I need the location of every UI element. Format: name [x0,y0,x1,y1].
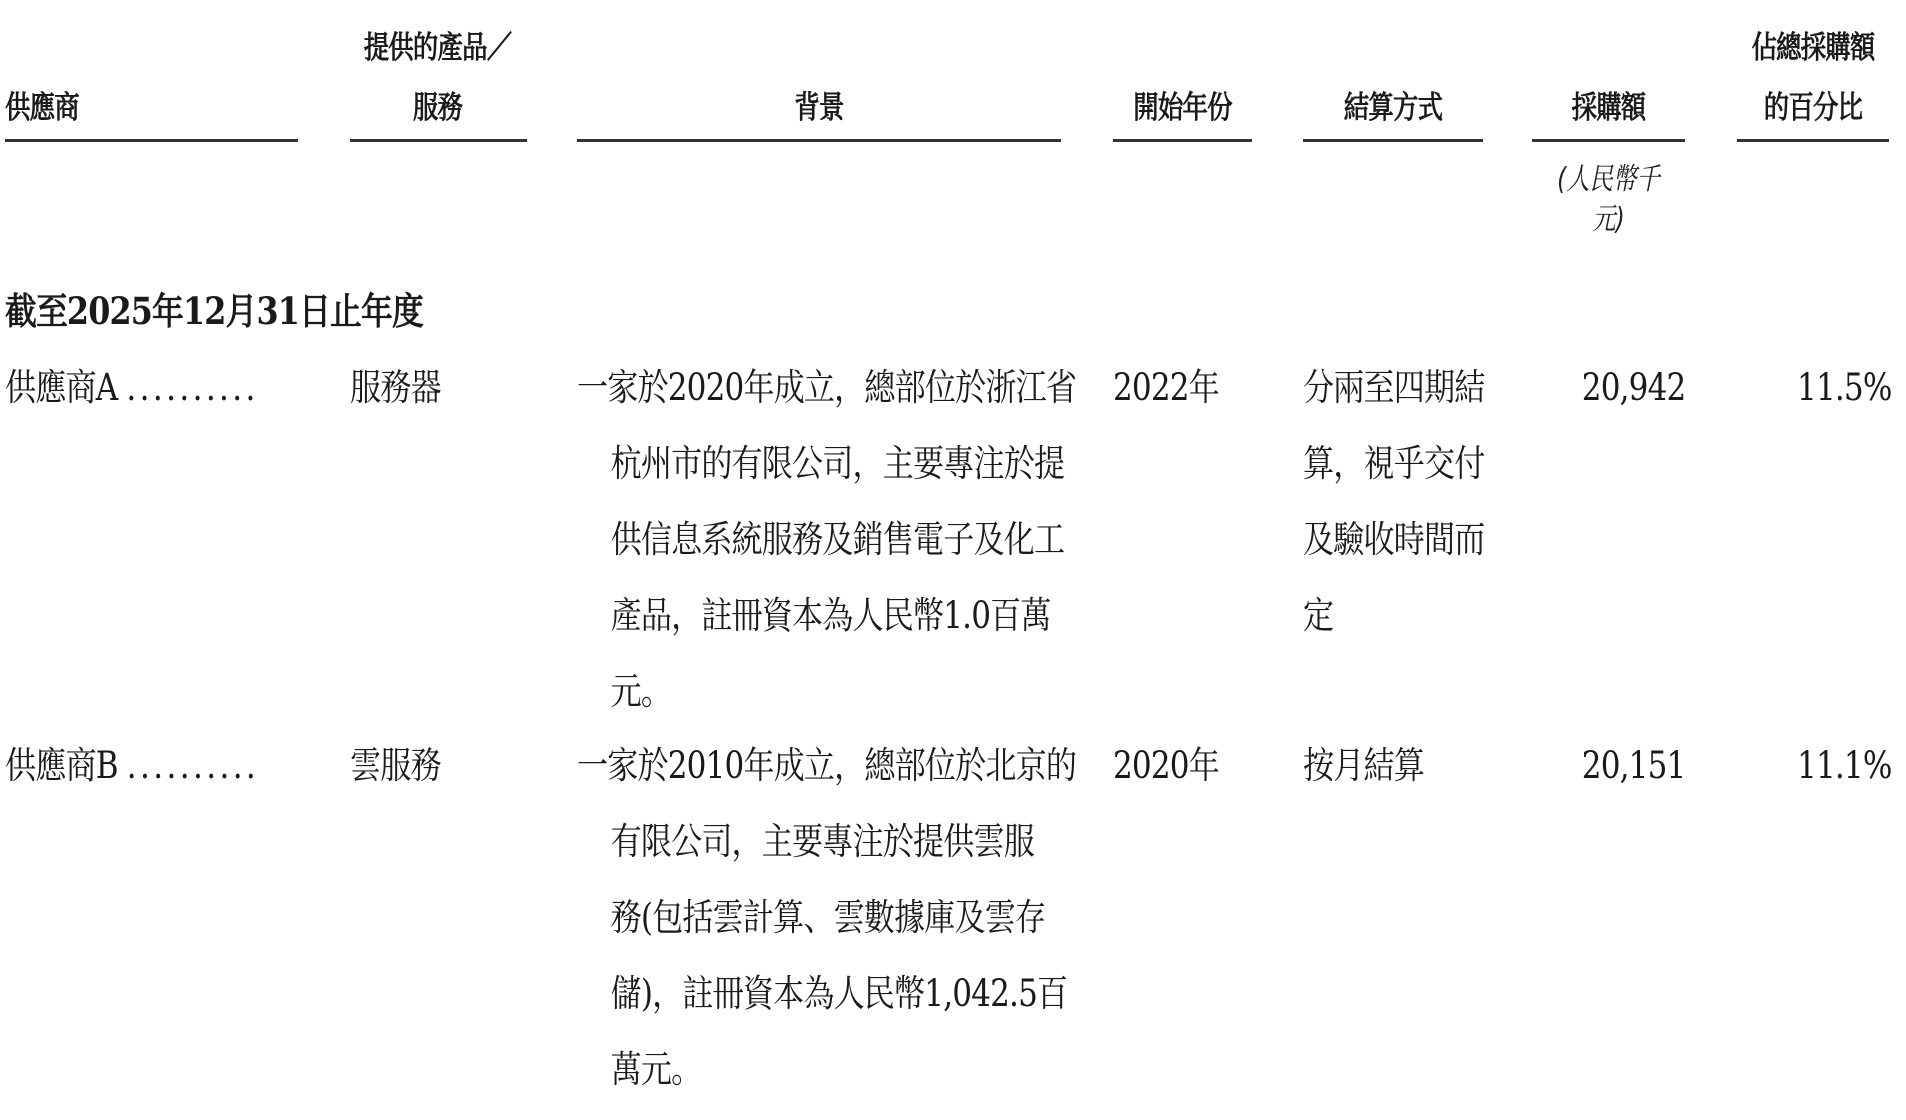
settlement-line: 算，視乎交付 [1303,426,1484,502]
background-line: 供信息系統服務及銷售電子及化工 [577,502,1076,578]
start-year-cell: 2020年 [1113,728,1219,804]
supplier-label: 供應商A [5,366,117,409]
header-rule-settlement [1303,139,1483,142]
header-start-year: 開始年份 [1126,80,1240,136]
background-cell: 一家於2010年成立，總部位於北京的 有限公司，主要專注於提供雲服 務(包括雲計… [577,728,1076,1108]
settlement-cell: 按月結算 [1303,728,1424,804]
purchase-amount-cell: 20,942 [1581,350,1685,426]
background-line: 儲)，註冊資本為人民幣1,042.5百 [577,956,1076,1032]
background-line: 杭州市的有限公司，主要專注於提 [577,426,1076,502]
header-settlement: 結算方式 [1319,80,1467,136]
header-percentage-line1: 佔總採購額 [1745,20,1881,76]
background-line: 元。 [577,654,1076,730]
background-line: 萬元。 [577,1032,1076,1108]
settlement-line: 定 [1303,578,1484,654]
purchase-amount-unit: (人民幣千元) [1549,160,1668,240]
background-line: 務(包括雲計算、雲數據庫及雲存 [577,880,1076,956]
header-rule-start-year [1113,139,1252,142]
header-product-line2: 服務 [349,80,525,136]
start-year-cell: 2022年 [1113,350,1219,426]
background-line: 有限公司，主要專注於提供雲服 [577,804,1076,880]
header-background: 背景 [621,80,1018,136]
product-cell: 雲服務 [350,728,441,804]
header-rule-product [350,139,527,142]
product-cell: 服務器 [350,350,441,426]
purchase-amount-cell: 20,151 [1581,728,1685,804]
supplier-label: 供應商B [5,744,118,787]
header-rule-purchase-amount [1532,139,1685,142]
background-line: 產品，註冊資本為人民幣1.0百萬 [577,578,1076,654]
background-line: 一家於2010年成立，總部位於北京的 [577,728,1076,804]
background-cell: 一家於2020年成立，總部位於浙江省 杭州市的有限公司，主要專注於提 供信息系統… [577,350,1076,730]
leader-dots: .......... [127,744,259,787]
header-product-line1: 提供的產品／ [349,20,525,76]
settlement-line: 分兩至四期結 [1303,350,1484,426]
percentage-cell: 11.1% [1797,728,1892,804]
background-line: 一家於2020年成立，總部位於浙江省 [577,350,1076,426]
percentage-cell: 11.5% [1797,350,1892,426]
section-title: 截至2025年12月31日止年度 [5,286,423,336]
supplier-name: 供應商B .......... [5,728,259,804]
settlement-line: 按月結算 [1303,728,1424,804]
header-purchase-amount: 採購額 [1546,80,1671,136]
header-percentage-line2: 的百分比 [1745,80,1881,136]
header-supplier: 供應商 [5,80,243,136]
settlement-cell: 分兩至四期結 算，視乎交付 及驗收時間而 定 [1303,350,1484,654]
settlement-line: 及驗收時間而 [1303,502,1484,578]
header-rule-supplier [5,139,298,142]
leader-dots: .......... [126,366,258,409]
supplier-name: 供應商A .......... [5,350,259,426]
header-rule-background [577,139,1061,142]
header-rule-percentage [1737,139,1889,142]
